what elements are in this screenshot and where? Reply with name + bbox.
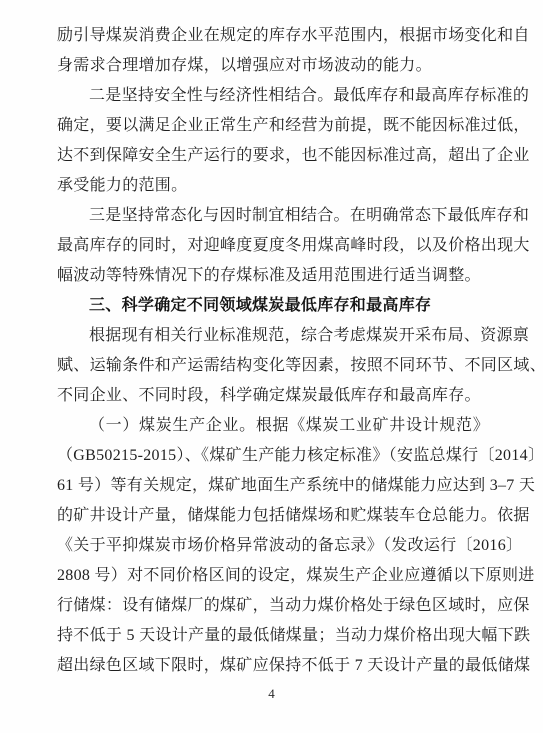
page-number: 4 xyxy=(0,684,543,704)
paragraph-line: 行储煤：设有储煤厂的煤矿，当动力煤价格处于绿色区域时，应保 xyxy=(57,591,489,621)
paragraph-line: 的矿井设计产量，储煤能力包括储煤场和贮煤装车仓总能力。依据 xyxy=(57,501,489,531)
paragraph-line: 超出绿色区域下限时，煤矿应保持不低于 7 天设计产量的最低储煤 xyxy=(57,651,489,681)
paragraph-line: 二是坚持安全性与经济性相结合。最低库存和最高库存标准的 xyxy=(57,81,489,111)
paragraph-line: 根据现有相关行业标准规范，综合考虑煤炭开采布局、资源禀 xyxy=(57,321,489,351)
paragraph-line: 赋、运输条件和产运需结构变化等因素，按照不同环节、不同区域、 xyxy=(57,351,489,381)
section-heading: 三、科学确定不同领域煤炭最低库存和最高库存 xyxy=(57,291,489,321)
run-in-subheading: 三是坚持常态化与因时制宜相结合。 xyxy=(89,207,350,224)
paragraph-text: 最低库存和最高库存标准的 xyxy=(334,87,530,104)
paragraph-line: 最高库存的同时，对迎峰度夏度冬用煤高峰时段，以及价格出现大 xyxy=(57,231,489,261)
paragraph-line: 励引导煤炭消费企业在规定的库存水平范围内，根据市场变化和自 xyxy=(57,21,489,51)
paragraph-line: 《关于平抑煤炭市场价格异常波动的备忘录》（发改运行〔2016〕 xyxy=(57,531,489,561)
paragraph-text: 在明确常态下最低库存和 xyxy=(350,207,529,224)
paragraph-line: 三是坚持常态化与因时制宜相结合。在明确常态下最低库存和 xyxy=(57,201,489,231)
paragraph-line: 不同企业、不同时段，科学确定煤炭最低库存和最高库存。 xyxy=(57,381,489,411)
document-body: 励引导煤炭消费企业在规定的库存水平范围内，根据市场变化和自 身需求合理增加存煤，… xyxy=(57,21,489,681)
paragraph-line: 承受能力的范围。 xyxy=(57,171,489,201)
paragraph-line: 幅波动等特殊情况下的存煤标准及适用范围进行适当调整。 xyxy=(57,261,489,291)
paragraph-line: （GB50215-2015）、《煤矿生产能力核定标准》（安监总煤行〔2014〕 xyxy=(57,441,489,471)
document-page: 励引导煤炭消费企业在规定的库存水平范围内，根据市场变化和自 身需求合理增加存煤，… xyxy=(0,0,543,733)
paragraph-text: 根据《煤炭工业矿井设计规范》 xyxy=(256,417,489,434)
paragraph-line: （一）煤炭生产企业。根据《煤炭工业矿井设计规范》 xyxy=(57,411,489,441)
paragraph-line: 2808 号）对不同价格区间的设定，煤炭生产企业应遵循以下原则进 xyxy=(57,561,489,591)
paragraph-line: 身需求合理增加存煤，以增强应对市场波动的能力。 xyxy=(57,51,489,81)
run-in-subheading: （一）煤炭生产企业。 xyxy=(89,417,256,434)
paragraph-line: 确定，要以满足企业正常生产和经营为前提，既不能因标准过低， xyxy=(57,111,489,141)
paragraph-line: 持不低于 5 天设计产量的最低储煤量；当动力煤价格出现大幅下跌 xyxy=(57,621,489,651)
paragraph-line: 达不到保障安全生产运行的要求，也不能因标准过高，超出了企业 xyxy=(57,141,489,171)
paragraph-line: 61 号）等有关规定，煤矿地面生产系统中的储煤能力应达到 3–7 天 xyxy=(57,471,489,501)
run-in-subheading: 二是坚持安全性与经济性相结合。 xyxy=(89,87,334,104)
